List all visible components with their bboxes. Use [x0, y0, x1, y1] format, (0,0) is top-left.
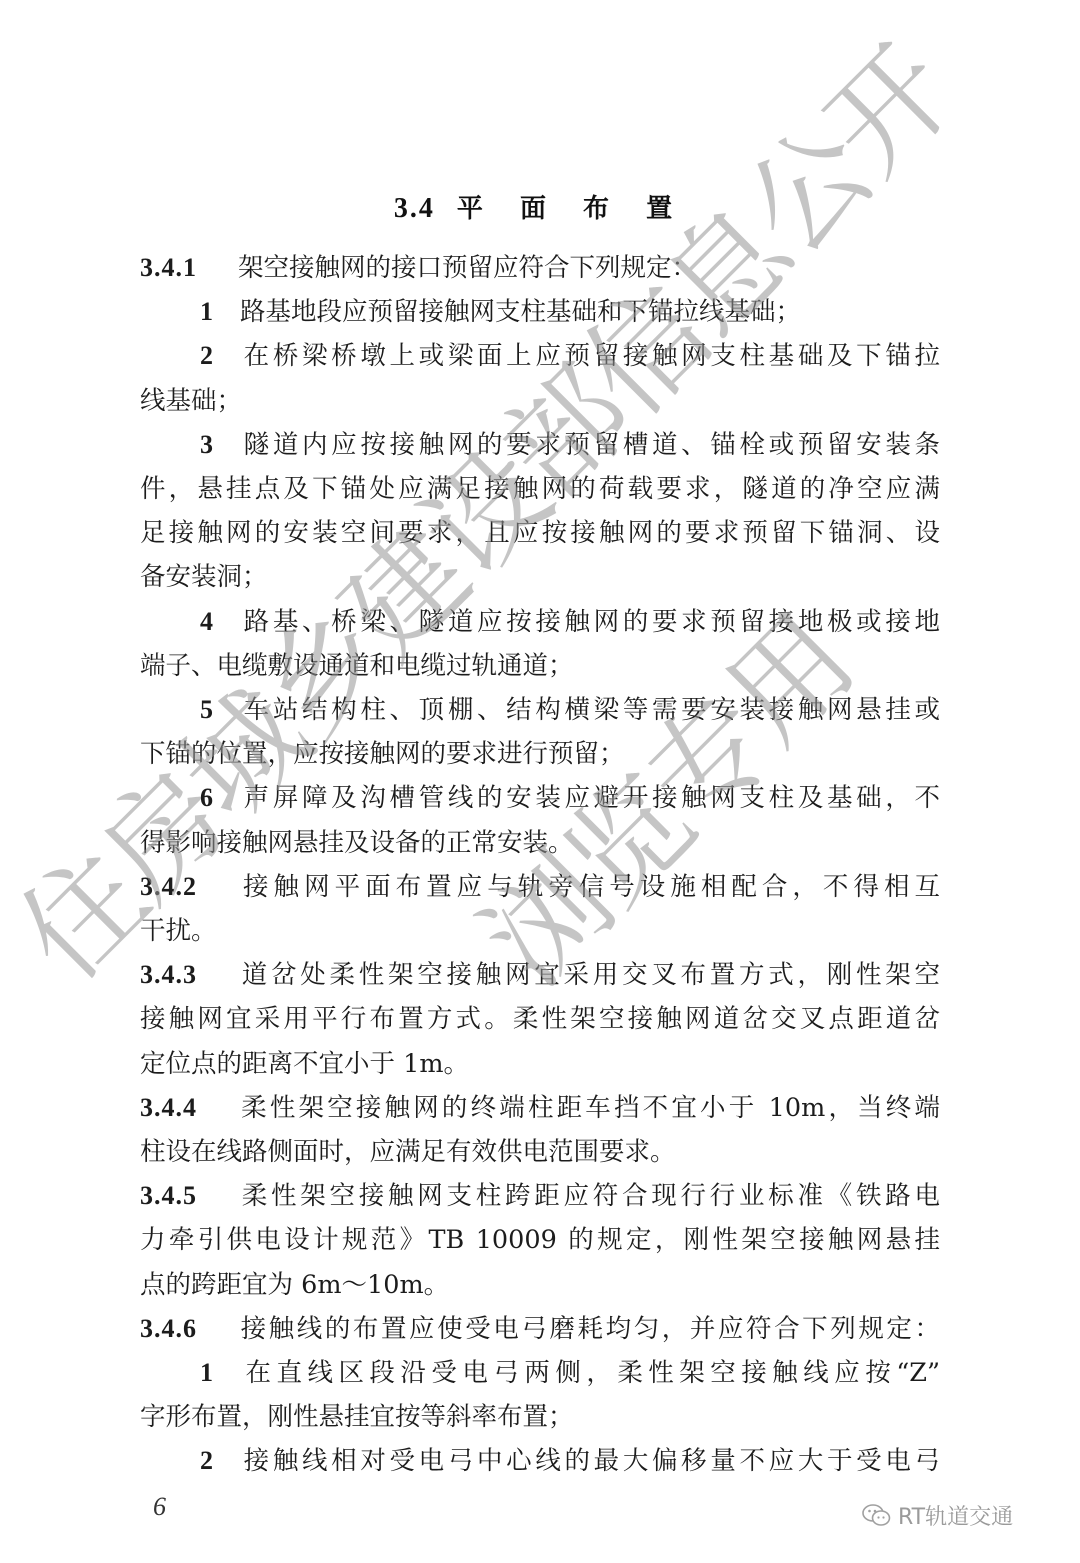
- list-item-line: 4路基、桥梁、隧道应按接触网的要求预留接地极或接地: [200, 600, 940, 644]
- line-text: 声屏障及沟槽管线的安装应避开接触网支柱及基础，不: [240, 783, 940, 813]
- text-line: 下锚的位置，应按接触网的要求进行预留；: [140, 732, 940, 776]
- clause-number: 3.4.1: [140, 246, 238, 290]
- list-item-line: 1在直线区段沿受电弓两侧，柔性架空接触线应按“Z”: [200, 1351, 940, 1395]
- brand-label: RT轨道交通: [898, 1500, 1013, 1531]
- list-item-line: 6声屏障及沟槽管线的安装应避开接触网支柱及基础，不: [200, 776, 940, 820]
- line-text: 道岔处柔性架空接触网宜采用交叉布置方式，刚性架空: [238, 960, 940, 990]
- item-number: 2: [200, 1439, 240, 1483]
- line-text: 干扰。: [140, 916, 217, 946]
- text-line: 点的跨距宜为 6m～10m。: [140, 1263, 940, 1307]
- text-line: 定位点的距离不宜小于 1m。: [140, 1042, 940, 1086]
- line-text: 接触网平面布置应与轨旁信号设施相配合，不得相互: [238, 872, 940, 902]
- line-text: 柱设在线路侧面时，应满足有效供电范围要求。: [140, 1137, 676, 1167]
- text-line: 干扰。: [140, 909, 940, 953]
- line-text: 得影响接触网悬挂及设备的正常安装。: [140, 828, 574, 858]
- line-text: 路基地段应预留接触网支柱基础和下锚拉线基础；: [240, 297, 801, 327]
- line-text: 字形布置，刚性悬挂宜按等斜率布置；: [140, 1402, 574, 1432]
- item-number: 1: [200, 290, 240, 334]
- page-number: 6: [153, 1492, 166, 1522]
- clause-line: 3.4.2接触网平面布置应与轨旁信号设施相配合，不得相互: [140, 865, 940, 909]
- list-item-line: 2接触线相对受电弓中心线的最大偏移量不应大于受电弓: [200, 1439, 940, 1483]
- line-text: 点的跨距宜为 6m～10m。: [140, 1270, 449, 1300]
- clause-number: 3.4.6: [140, 1307, 238, 1351]
- text-line: 力牵引供电设计规范》TB 10009 的规定，刚性架空接触网悬挂: [140, 1218, 940, 1262]
- clause-line: 3.4.5柔性架空接触网支柱跨距应符合现行行业标准《铁路电: [140, 1174, 940, 1218]
- line-text: 柔性架空接触网支柱跨距应符合现行行业标准《铁路电: [238, 1181, 940, 1211]
- line-text: 路基、桥梁、隧道应按接触网的要求预留接地极或接地: [240, 607, 940, 637]
- line-text: 备安装洞；: [140, 562, 268, 592]
- line-text: 线基础；: [140, 386, 242, 416]
- item-number: 2: [200, 334, 240, 378]
- document-page: 3.4平 面 布 置 3.4.1架空接触网的接口预留应符合下列规定：1路基地段应…: [0, 0, 1080, 1563]
- line-text: 下锚的位置，应按接触网的要求进行预留；: [140, 739, 625, 769]
- item-number: 1: [200, 1351, 240, 1395]
- section-heading: 3.4平 面 布 置: [0, 188, 1080, 225]
- section-title: 平 面 布 置: [457, 194, 686, 224]
- line-text: 在桥梁桥墩上或梁面上应预留接触网支柱基础及下锚拉: [240, 341, 940, 371]
- list-item-line: 3隧道内应按接触网的要求预留槽道、锚栓或预留安装条: [200, 423, 940, 467]
- item-number: 4: [200, 600, 240, 644]
- text-line: 端子、电缆敷设通道和电缆过轨通道；: [140, 644, 940, 688]
- text-line: 线基础；: [140, 379, 940, 423]
- line-text: 架空接触网的接口预留应符合下列规定：: [238, 253, 697, 283]
- clause-number: 3.4.2: [140, 865, 238, 909]
- text-line: 接触网宜采用平行布置方式。柔性架空接触网道岔交叉点距道岔: [140, 997, 940, 1041]
- text-line: 得影响接触网悬挂及设备的正常安装。: [140, 821, 940, 865]
- line-text: 接触线相对受电弓中心线的最大偏移量不应大于受电弓: [240, 1446, 940, 1476]
- line-text: 接触网宜采用平行布置方式。柔性架空接触网道岔交叉点距道岔: [140, 1004, 940, 1034]
- clause-number: 3.4.4: [140, 1086, 238, 1130]
- line-text: 在直线区段沿受电弓两侧，柔性架空接触线应按“Z”: [240, 1358, 940, 1388]
- text-line: 备安装洞；: [140, 555, 940, 599]
- line-text: 足接触网的安装空间要求，且应按接触网的要求预留下锚洞、设: [140, 518, 940, 548]
- list-item-line: 1路基地段应预留接触网支柱基础和下锚拉线基础；: [200, 290, 940, 334]
- source-brand: RT轨道交通: [862, 1500, 1013, 1531]
- line-text: 件，悬挂点及下锚处应满足接触网的荷载要求，隧道的净空应满: [140, 474, 940, 504]
- item-number: 5: [200, 688, 240, 732]
- line-text: 端子、电缆敷设通道和电缆过轨通道；: [140, 651, 574, 681]
- item-number: 6: [200, 776, 240, 820]
- text-line: 足接触网的安装空间要求，且应按接触网的要求预留下锚洞、设: [140, 511, 940, 555]
- line-text: 力牵引供电设计规范》TB 10009 的规定，刚性架空接触网悬挂: [140, 1225, 940, 1255]
- line-text: 隧道内应按接触网的要求预留槽道、锚栓或预留安装条: [240, 430, 940, 460]
- clause-line: 3.4.1架空接触网的接口预留应符合下列规定：: [140, 246, 940, 290]
- text-line: 件，悬挂点及下锚处应满足接触网的荷载要求，隧道的净空应满: [140, 467, 940, 511]
- item-number: 3: [200, 423, 240, 467]
- clause-line: 3.4.4柔性架空接触网的终端柱距车挡不宜小于 10m，当终端: [140, 1086, 940, 1130]
- line-text: 接触线的布置应使受电弓磨耗均匀，并应符合下列规定：: [238, 1314, 940, 1344]
- text-line: 柱设在线路侧面时，应满足有效供电范围要求。: [140, 1130, 940, 1174]
- wechat-icon: [862, 1503, 892, 1529]
- line-text: 柔性架空接触网的终端柱距车挡不宜小于 10m，当终端: [238, 1093, 940, 1123]
- list-item-line: 5车站结构柱、顶棚、结构横梁等需要安装接触网悬挂或: [200, 688, 940, 732]
- line-text: 车站结构柱、顶棚、结构横梁等需要安装接触网悬挂或: [240, 695, 940, 725]
- clause-number: 3.4.3: [140, 953, 238, 997]
- text-line: 字形布置，刚性悬挂宜按等斜率布置；: [140, 1395, 940, 1439]
- clause-line: 3.4.3道岔处柔性架空接触网宜采用交叉布置方式，刚性架空: [140, 953, 940, 997]
- list-item-line: 2在桥梁桥墩上或梁面上应预留接触网支柱基础及下锚拉: [200, 334, 940, 378]
- clause-line: 3.4.6接触线的布置应使受电弓磨耗均匀，并应符合下列规定：: [140, 1307, 940, 1351]
- section-number: 3.4: [394, 193, 435, 224]
- clause-number: 3.4.5: [140, 1174, 238, 1218]
- line-text: 定位点的距离不宜小于 1m。: [140, 1049, 469, 1079]
